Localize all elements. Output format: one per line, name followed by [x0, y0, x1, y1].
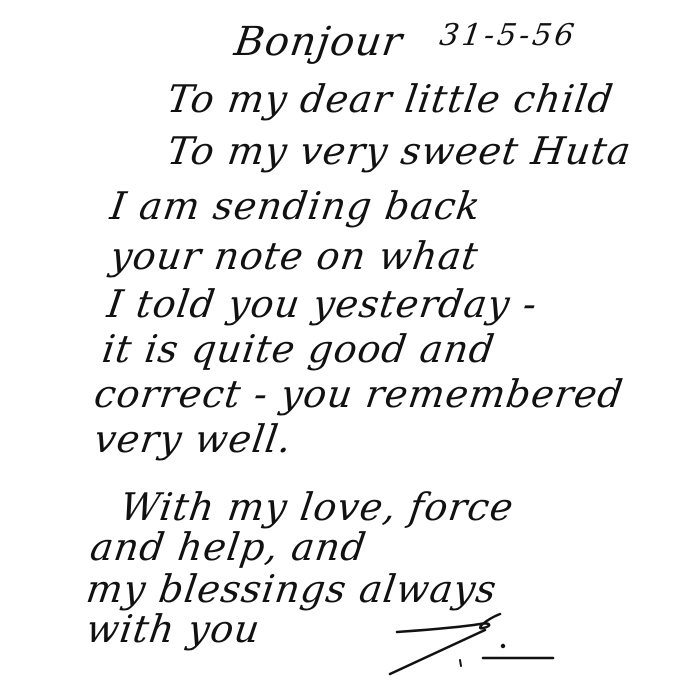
letter-line-8: very well. — [92, 420, 294, 458]
letter-line-12: with you — [84, 610, 263, 648]
letter-line-10: and help, and — [88, 528, 369, 566]
letter-line-1: To my dear little child — [165, 80, 616, 118]
handwritten-letter: Bonjour 31-5-56 To my dear little child … — [0, 0, 697, 689]
letter-line-11: my blessings always — [84, 570, 499, 608]
letter-line-9: With my love, force — [118, 488, 516, 526]
letter-greeting: Bonjour — [232, 22, 405, 62]
letter-line-5: I told you yesterday - — [105, 285, 540, 323]
letter-line-3: I am sending back — [108, 187, 483, 225]
letter-date: 31-5-56 — [438, 18, 580, 53]
letter-line-7: correct - you remembered — [92, 375, 626, 413]
letter-line-6: it is quite good and — [100, 330, 497, 368]
signature-mark-icon — [375, 610, 555, 680]
letter-line-4: your note on what — [108, 237, 481, 275]
letter-line-2: To my very sweet Huta — [165, 132, 634, 170]
